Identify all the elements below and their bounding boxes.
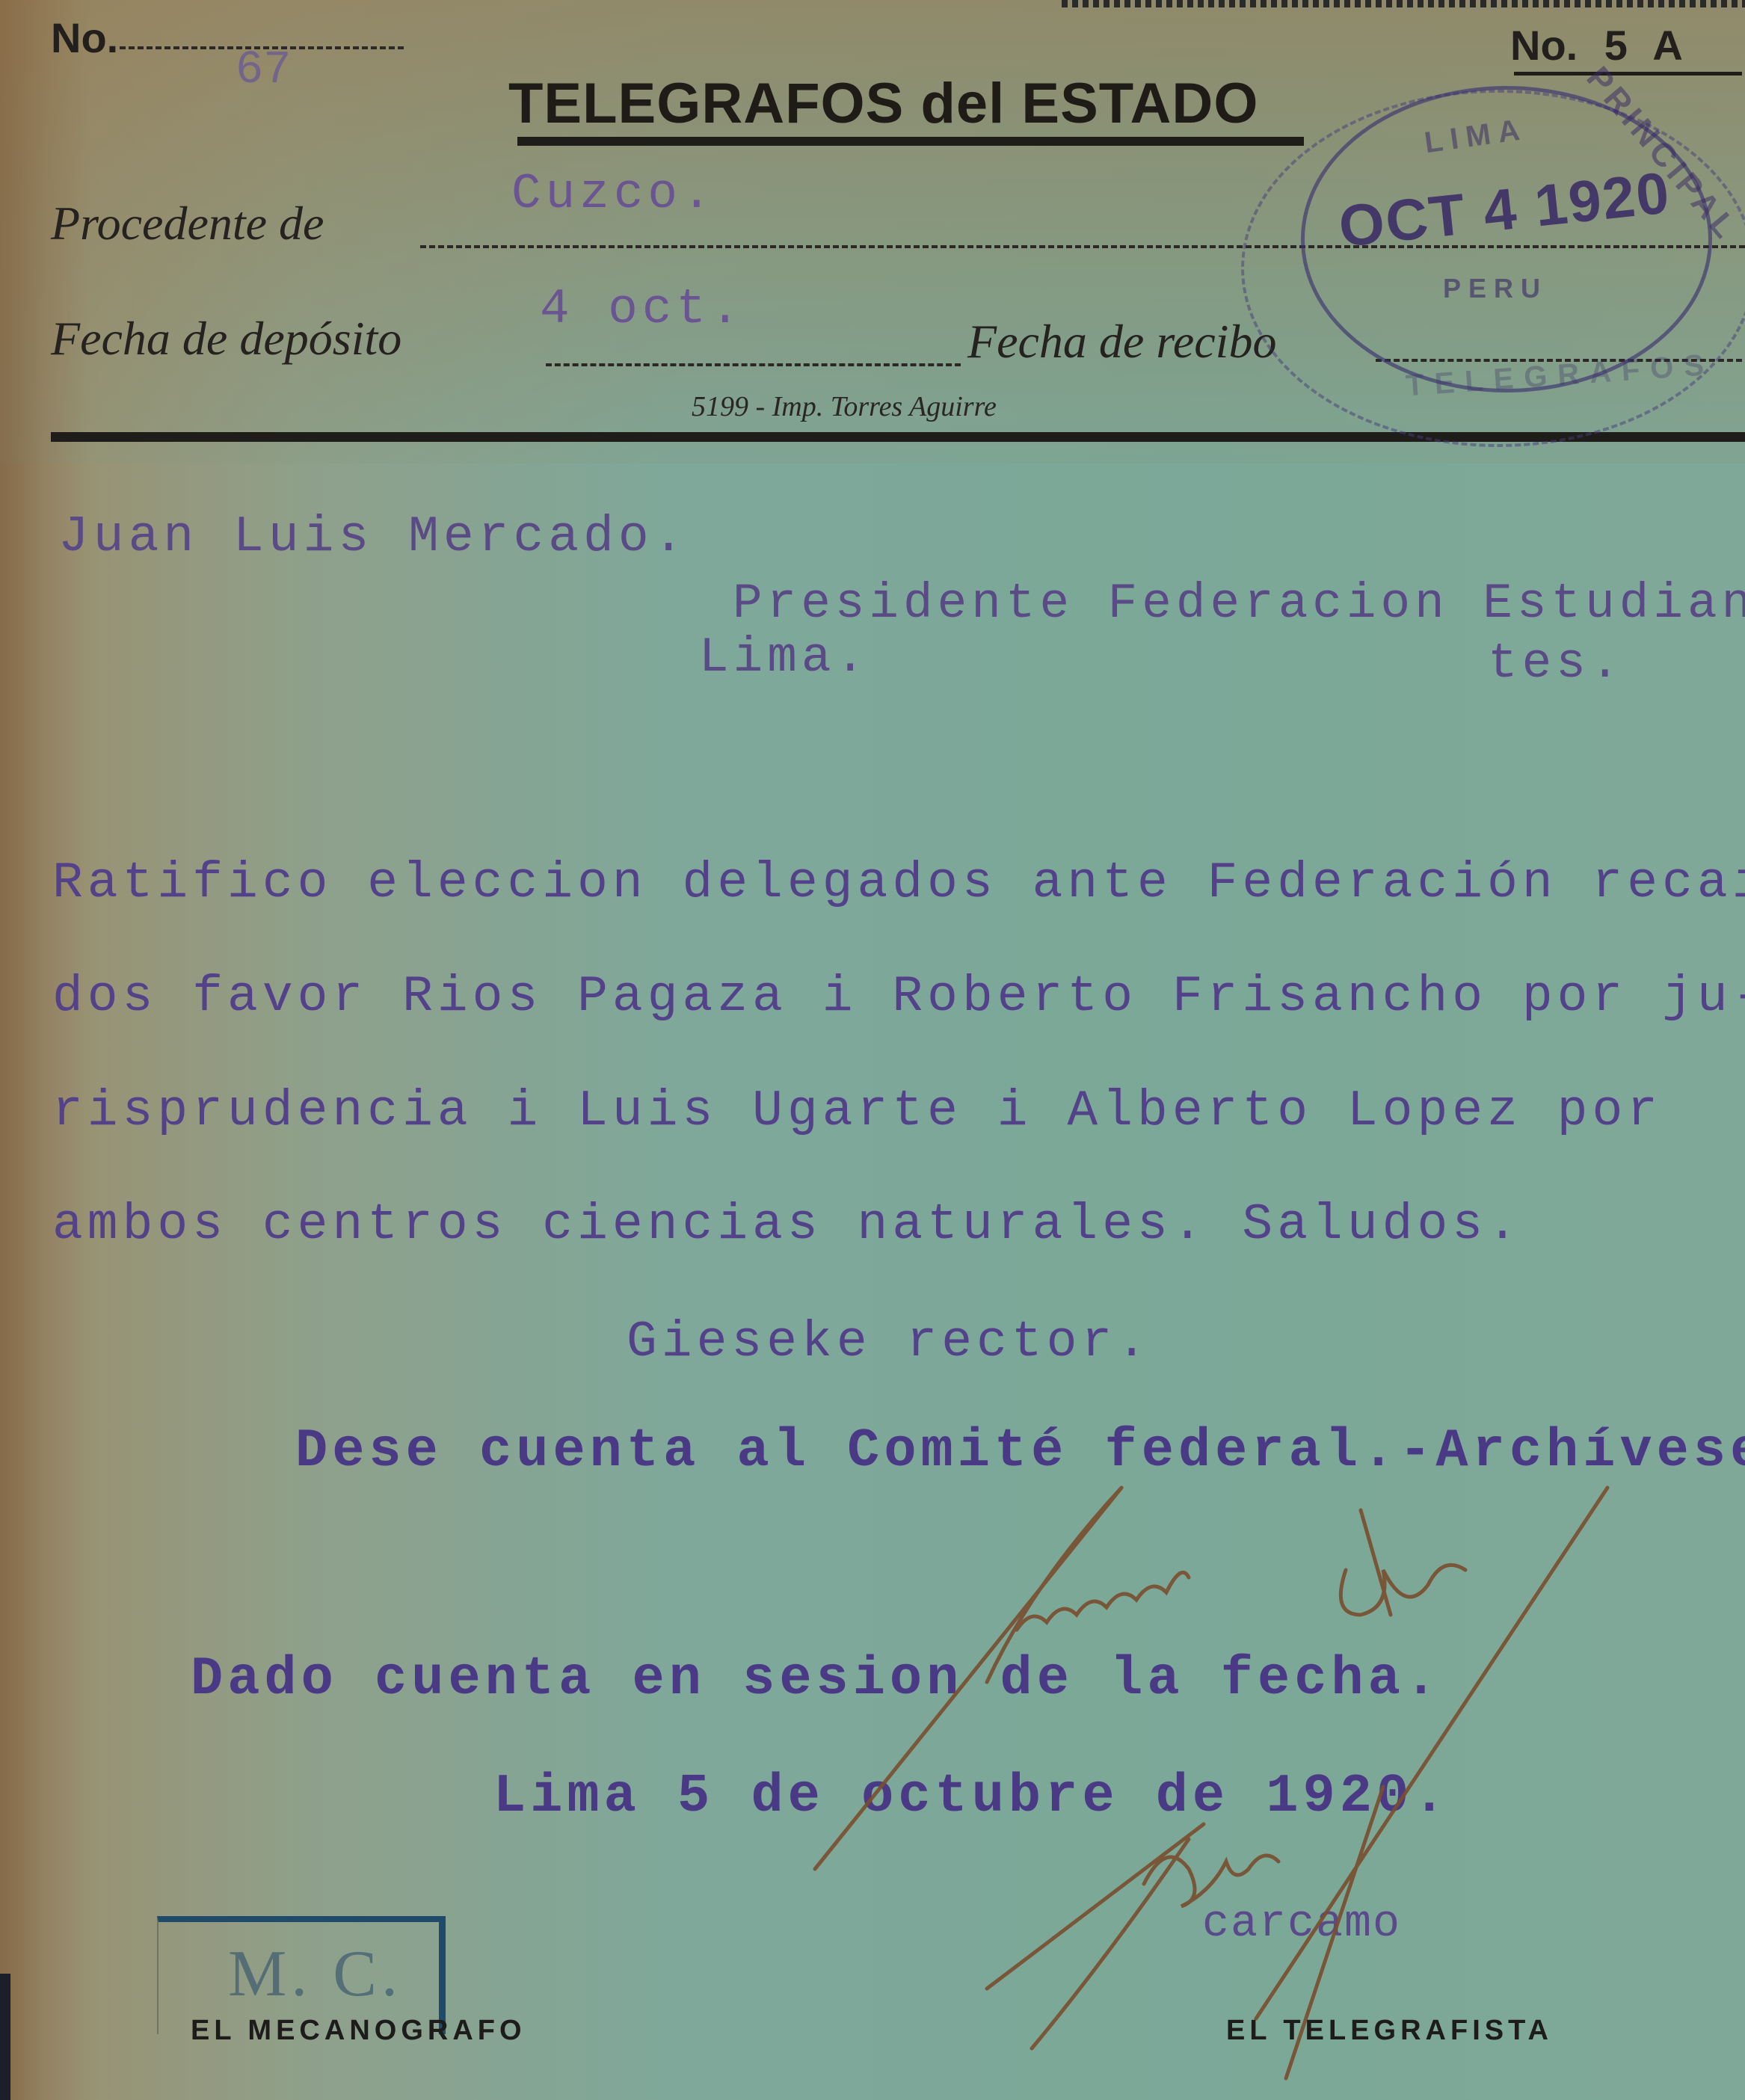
document-title: TELEGRAFOS del ESTADO (508, 71, 1258, 136)
origin-value: Cuzco. (511, 166, 716, 222)
number-value: 67 (236, 43, 291, 96)
title-underline (517, 137, 1304, 146)
deposit-date-label: Fecha de depósito (51, 311, 401, 366)
session-note: Dado cuenta en sesion de la fecha. (191, 1648, 1441, 1710)
form-code: No. 5 A (1510, 21, 1683, 70)
deposit-date-field-line (546, 363, 961, 366)
recipient-city: Lima. (699, 629, 870, 686)
message-line-1: Ratifico eleccion delegados ante Federac… (52, 855, 1745, 912)
typist-stamp-initials: M. C. (228, 1936, 402, 2012)
place-date: Lima 5 de octubre de 1920. (493, 1766, 1450, 1827)
telegraphist-label: EL TELEGRAFISTA (1226, 2015, 1553, 2047)
message-line-4: ambos centros ciencias naturales. Saludo… (52, 1196, 1522, 1254)
message-line-3: risprudencia i Luis Ugarte i Alberto Lop… (52, 1083, 1662, 1140)
recipient-name: Juan Luis Mercado. (58, 508, 689, 566)
message-signature: Gieseke rector. (627, 1314, 1151, 1371)
origin-label: Procedente de (51, 196, 324, 251)
number-label: No. (51, 13, 118, 62)
typed-name: carcamo (1202, 1899, 1401, 1950)
postmark-country: PERU (1443, 273, 1548, 304)
typist-label: EL MECANOGRAFO (191, 2015, 526, 2047)
message-line-2: dos favor Rios Pagaza i Roberto Frisanch… (52, 968, 1745, 1026)
recipient-title-line2: tes. (1488, 635, 1624, 692)
printer-imprint: 5199 - Imp. Torres Aguirre (692, 390, 997, 423)
archive-order: Dese cuenta al Comité federal.-Archívese… (295, 1420, 1745, 1482)
deposit-date-value: 4 oct. (540, 281, 745, 337)
left-shadow-edge (0, 1974, 10, 2100)
receipt-date-label: Fecha de recibo (967, 314, 1276, 369)
perforated-edge (1062, 0, 1745, 7)
form-code-underline (1514, 72, 1742, 76)
recipient-title-line1: Presidente Federacion Estudian (733, 576, 1745, 632)
